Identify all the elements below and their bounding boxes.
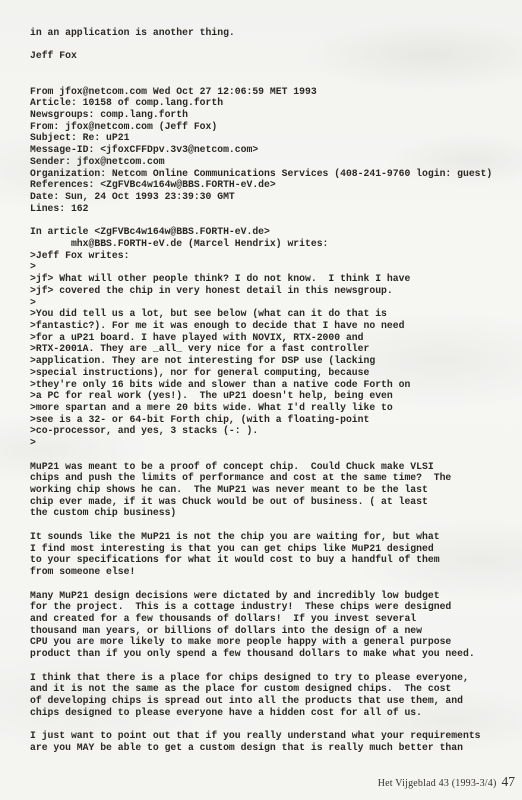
page-footer: Het Vijgeblad 43 (1993-3/4) 47 (378, 774, 515, 790)
usenet-article-text: in an application is another thing. Jeff… (30, 27, 516, 754)
journal-title: Het Vijgeblad 43 (1993-3/4) (378, 778, 497, 789)
scanned-newsletter-page: in an application is another thing. Jeff… (0, 0, 522, 800)
page-number: 47 (502, 774, 516, 790)
